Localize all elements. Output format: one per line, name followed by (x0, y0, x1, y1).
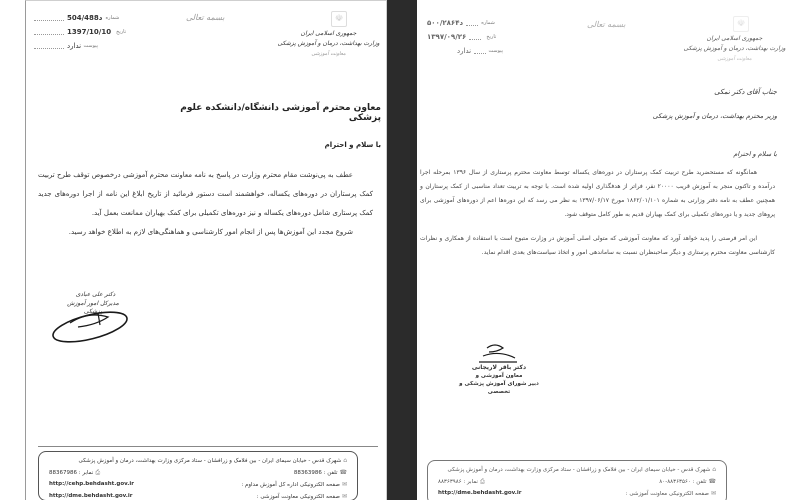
ministry-letterhead: جمهوری اسلامی ایران وزارت بهداشت، درمان … (677, 34, 792, 64)
letter-number: ۵۰۰/۲۸۶۴د (427, 16, 463, 30)
letter-footer: ⌂شهرک قدس - خیابان سیمای ایران - بین فلا… (427, 460, 727, 500)
fax-icon: ⎙ (95, 469, 100, 476)
footer-fax: ⎙نمابر : 88367986 (49, 467, 100, 479)
signer-name: دکتر باقر لاریجانی (454, 364, 544, 372)
footer-site1-label: ✉صفحه الکترونیکی اداره کل آموزش مداوم : (241, 479, 347, 491)
letter-meta: ۵۰۰/۲۸۶۴د شماره ۱۳۹۷/۰۹/۲۶ تاریخ ندارد پ… (427, 16, 503, 58)
footer-site2-link[interactable]: http://dme.behdasht.gov.ir (438, 488, 522, 500)
footer-address: ⌂شهرک قدس - خیابان سیمای ایران - بین فلا… (49, 455, 347, 467)
web-icon: ✉ (342, 481, 347, 488)
ministry-line-1: جمهوری اسلامی ایران (677, 34, 792, 44)
footer-address: ⌂شهرک قدس - خیابان سیمای ایران - بین فلا… (438, 464, 716, 476)
footer-phone: ☎تلفن : ۸۸۳۶۳۵۶۰-۸۰ (659, 476, 716, 488)
ministry-line-1: جمهوری اسلامی ایران (271, 29, 386, 39)
ministry-line-3: معاونت آموزشی (677, 54, 792, 64)
signature-block: دکتر باقر لاریجانی معاون آموزشی و دبیر ش… (449, 340, 549, 390)
footer-site1-link[interactable]: http://cehp.behdasht.gov.ir (49, 479, 134, 491)
ministry-line-3: معاونت آموزشی (271, 49, 386, 59)
fax-icon: ⎙ (480, 478, 485, 485)
number-label: شماره (105, 11, 119, 25)
letter-meta: 504/488د شماره 1397/10/10 تاریخ ندارد پی… (34, 11, 128, 53)
left-margin (0, 0, 25, 500)
bismillah-heading: بسمه تعالی (186, 13, 224, 22)
body-paragraph: این امر فرصتی را پدید خواهد آورد که معاو… (420, 232, 775, 260)
letter-attachment: ندارد (67, 39, 81, 53)
letter-right: ۵۰۰/۲۸۶۴د شماره ۱۳۹۷/۰۹/۲۶ تاریخ ندارد پ… (417, 0, 800, 500)
ministry-line-2: وزارت بهداشت، درمان و آموزش پزشکی (271, 39, 386, 49)
attachment-label: پیوست (84, 39, 98, 53)
letter-number: 504/488د (67, 11, 102, 25)
ministry-line-2: وزارت بهداشت، درمان و آموزش پزشکی (677, 44, 792, 54)
footer-divider (38, 446, 378, 447)
footer-website-row: ✉صفحه الکترونیکی معاونت آموزشی : http://… (438, 488, 716, 500)
footer-website-row: ✉صفحه الکترونیکی اداره کل آموزش مداوم : … (49, 479, 347, 491)
dotted-line (34, 34, 64, 35)
letter-date: 1397/10/10 (67, 25, 111, 39)
handwritten-signature-icon (469, 340, 529, 364)
footer-site2-link[interactable]: http://dme.behdasht.gov.ir (49, 491, 133, 500)
web-icon: ✉ (711, 490, 716, 497)
footer-site2-label: ✉صفحه الکترونیکی معاونت آموزشی : (257, 491, 347, 500)
handwritten-signature-icon (48, 291, 138, 351)
addressee-title: وزیر محترم بهداشت، درمان و آموزش پزشکی (587, 112, 777, 120)
footer-contact-row: ☎تلفن : ۸۸۳۶۳۵۶۰-۸۰ ⎙نمابر : ۸۸۳۶۳۹۸۶ (438, 476, 716, 488)
letter-body: عطف به پی‌نوشت مقام محترم وزارت در پاسخ … (38, 166, 373, 242)
number-label: شماره (481, 16, 495, 30)
iran-emblem-icon: ☫ (733, 16, 749, 32)
letter-body: همانگونه که مستحضرید طرح تربیت کمک پرستا… (420, 166, 775, 260)
phone-icon: ☎ (340, 469, 347, 476)
salutation: با سلام و احترام (226, 141, 381, 149)
ministry-letterhead: جمهوری اسلامی ایران وزارت بهداشت، درمان … (271, 29, 386, 59)
attachment-label: پیوست (489, 44, 503, 58)
page-divider (387, 0, 417, 500)
signature-block: دکتر علی عبادی مدیرکل امور آموزش پزشکی (48, 291, 138, 351)
letter-date: ۱۳۹۷/۰۹/۲۶ (427, 30, 466, 44)
web-icon: ✉ (342, 493, 347, 500)
body-paragraph: همانگونه که مستحضرید طرح تربیت کمک پرستا… (420, 166, 775, 222)
footer-website-row: ✉صفحه الکترونیکی معاونت آموزشی : http://… (49, 491, 347, 500)
date-label: تاریخ (114, 25, 128, 39)
bismillah-heading: بسمه تعالی (587, 20, 625, 29)
dotted-line (466, 25, 478, 26)
dotted-line (469, 39, 481, 40)
dotted-line (474, 53, 486, 54)
iran-emblem-icon: ☫ (331, 11, 347, 27)
location-icon: ⌂ (712, 466, 716, 473)
body-paragraph: شروع مجدد این آموزش‌ها پس از انجام امور … (38, 223, 373, 242)
addressee: معاون محترم آموزشی دانشگاه/دانشکده علوم … (156, 103, 381, 123)
signer-title-2: دبیر شورای آموزش پزشکی و تخصصی (449, 380, 549, 396)
footer-fax: ⎙نمابر : ۸۸۳۶۳۹۸۶ (438, 476, 485, 488)
addressee: جناب آقای دکتر نمکی (617, 88, 777, 96)
letter-footer: ⌂شهرک قدس - خیابان سیمای ایران - بین فلا… (38, 451, 358, 500)
location-icon: ⌂ (343, 457, 347, 464)
phone-icon: ☎ (709, 478, 716, 485)
letter-left: 504/488د شماره 1397/10/10 تاریخ ندارد پی… (25, 0, 387, 500)
date-label: تاریخ (484, 30, 498, 44)
body-paragraph: عطف به پی‌نوشت مقام محترم وزارت در پاسخ … (38, 166, 373, 223)
footer-phone: ☎تلفن : 88363986 (294, 467, 347, 479)
salutation: با سلام و احترام (657, 150, 777, 158)
letter-attachment: ندارد (457, 44, 471, 58)
signer-title: معاون آموزشی و (454, 372, 544, 380)
dotted-line (34, 20, 64, 21)
footer-site2-label: ✉صفحه الکترونیکی معاونت آموزشی : (626, 488, 716, 500)
dotted-line (34, 48, 64, 49)
footer-contact-row: ☎تلفن : 88363986 ⎙نمابر : 88367986 (49, 467, 347, 479)
